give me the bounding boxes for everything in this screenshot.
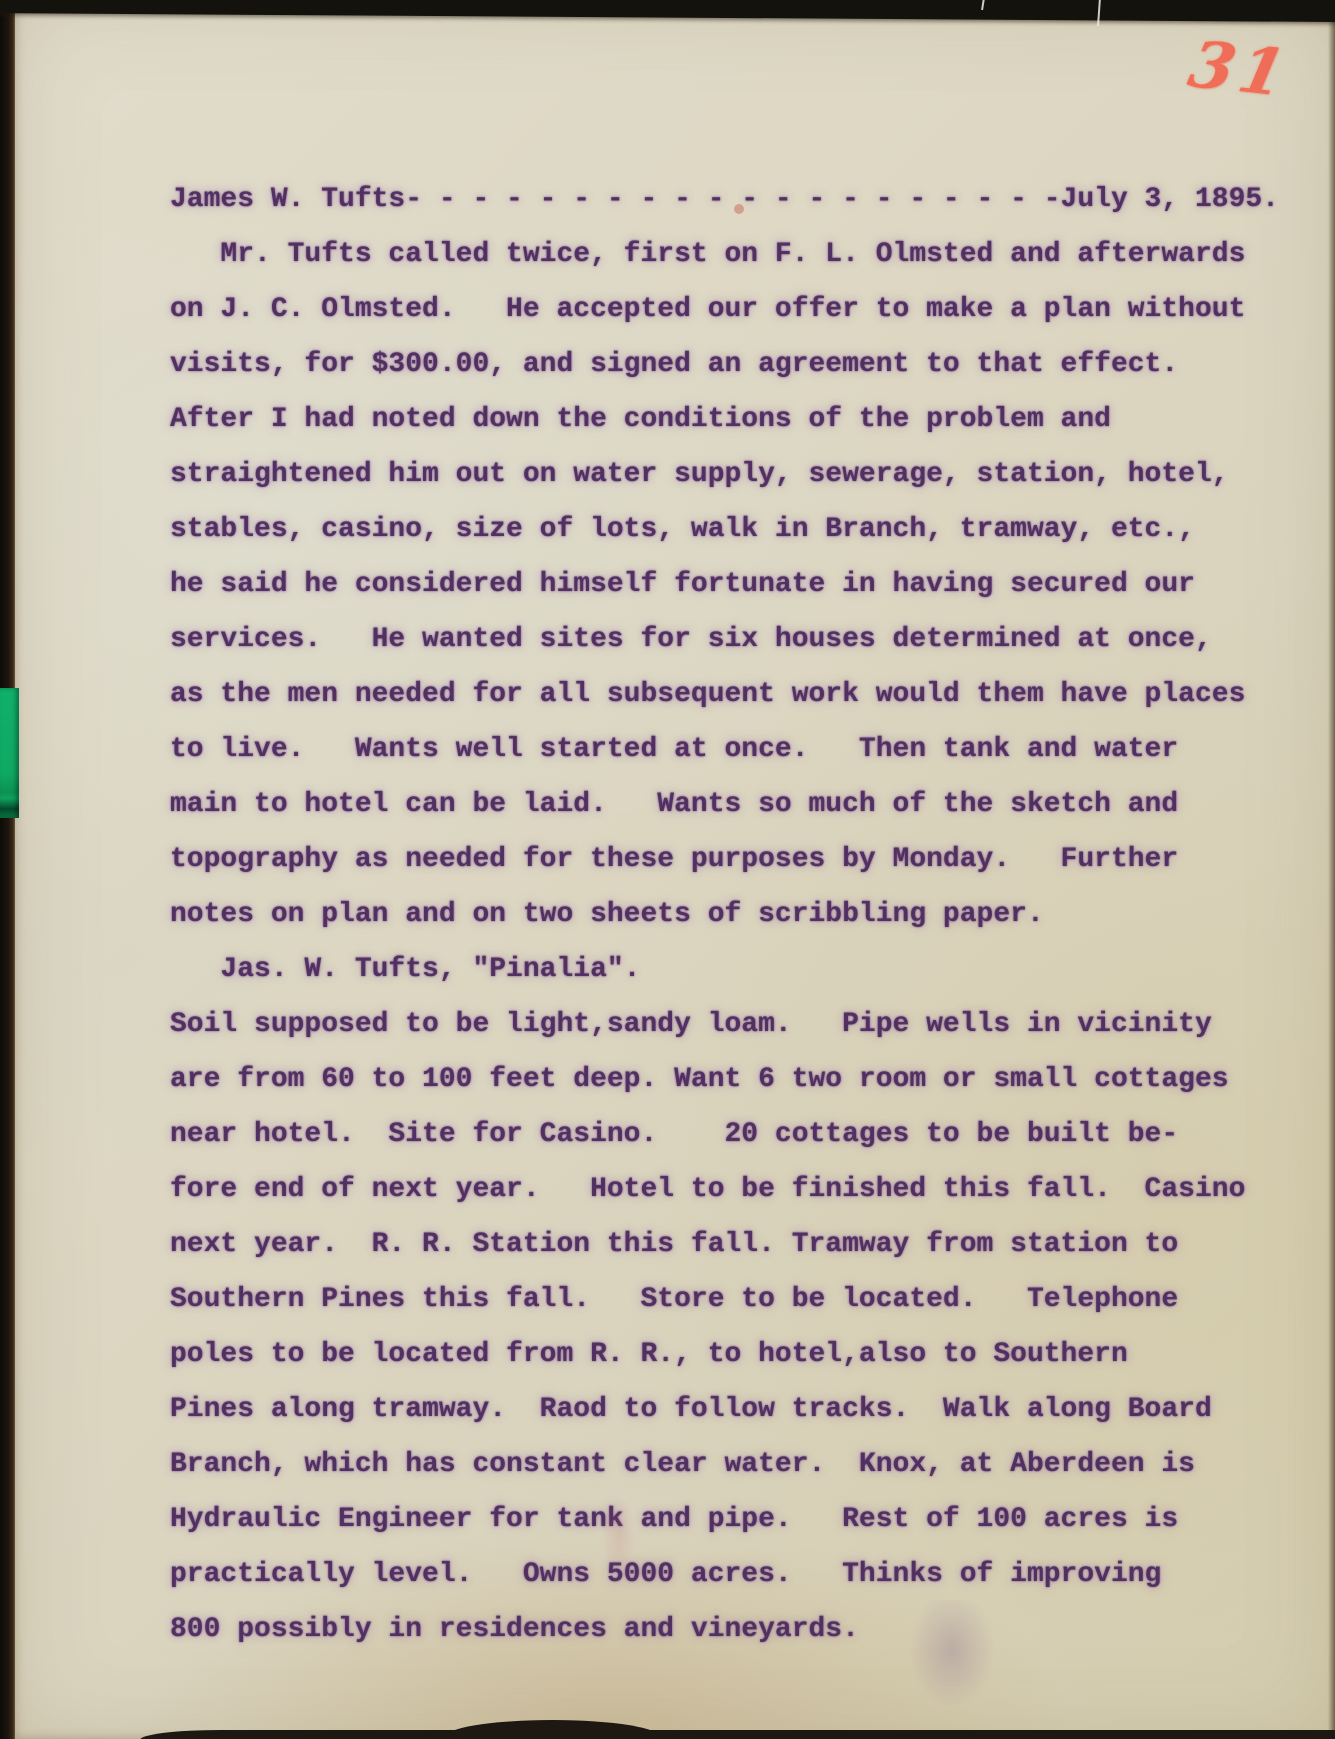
typewritten-line: fore end of next year. Hotel to be finis…	[170, 1162, 1279, 1217]
typewritten-line: are from 60 to 100 feet deep. Want 6 two…	[170, 1052, 1279, 1107]
typewritten-line: Branch, which has constant clear water. …	[170, 1437, 1279, 1492]
page-bottom-edge-shadow	[140, 1730, 1335, 1739]
scanned-document-page: 31 James W. Tufts- - - - - - - - - - - -…	[0, 0, 1335, 1739]
typewritten-line: stables, casino, size of lots, walk in B…	[170, 502, 1279, 557]
typewritten-line: he said he considered himself fortunate …	[170, 557, 1279, 612]
typewritten-line: visits, for $300.00, and signed an agree…	[170, 337, 1279, 392]
typewritten-text-block: James W. Tufts- - - - - - - - - - - - - …	[170, 172, 1279, 1657]
typewritten-line: on J. C. Olmsted. He accepted our offer …	[170, 282, 1279, 337]
scanner-backdrop-left-edge	[0, 0, 15, 1739]
typewritten-line: James W. Tufts- - - - - - - - - - - - - …	[170, 172, 1279, 227]
typewritten-line: poles to be located from R. R., to hotel…	[170, 1327, 1279, 1382]
typewritten-line: 800 possibly in residences and vineyards…	[170, 1602, 1279, 1657]
typewritten-line: After I had noted down the conditions of…	[170, 392, 1279, 447]
typewritten-line: Soil supposed to be light,sandy loam. Pi…	[170, 997, 1279, 1052]
green-bookmark-strip	[0, 688, 19, 818]
typewritten-line: Southern Pines this fall. Store to be lo…	[170, 1272, 1279, 1327]
typewritten-line: next year. R. R. Station this fall. Tram…	[170, 1217, 1279, 1272]
handwritten-page-number: 31	[1184, 33, 1296, 106]
typewritten-line: Jas. W. Tufts, "Pinalia".	[170, 942, 1279, 997]
typewritten-line: notes on plan and on two sheets of scrib…	[170, 887, 1279, 942]
scanner-backdrop-right-edge	[1328, 0, 1335, 1739]
typewritten-line: Mr. Tufts called twice, first on F. L. O…	[170, 227, 1279, 282]
typewritten-line: straightened him out on water supply, se…	[170, 447, 1279, 502]
paper-sheet: 31 James W. Tufts- - - - - - - - - - - -…	[12, 0, 1335, 1739]
typewritten-line: services. He wanted sites for six houses…	[170, 612, 1279, 667]
typewritten-line: practically level. Owns 5000 acres. Thin…	[170, 1547, 1279, 1602]
typewritten-line: to live. Wants well started at once. The…	[170, 722, 1279, 777]
typewritten-line: near hotel. Site for Casino. 20 cottages…	[170, 1107, 1279, 1162]
typewritten-line: main to hotel can be laid. Wants so much…	[170, 777, 1279, 832]
typewritten-line: as the men needed for all subsequent wor…	[170, 667, 1279, 722]
typewritten-line: topography as needed for these purposes …	[170, 832, 1279, 887]
typewritten-line: Hydraulic Engineer for tank and pipe. Re…	[170, 1492, 1279, 1547]
typewritten-line: Pines along tramway. Raod to follow trac…	[170, 1382, 1279, 1437]
